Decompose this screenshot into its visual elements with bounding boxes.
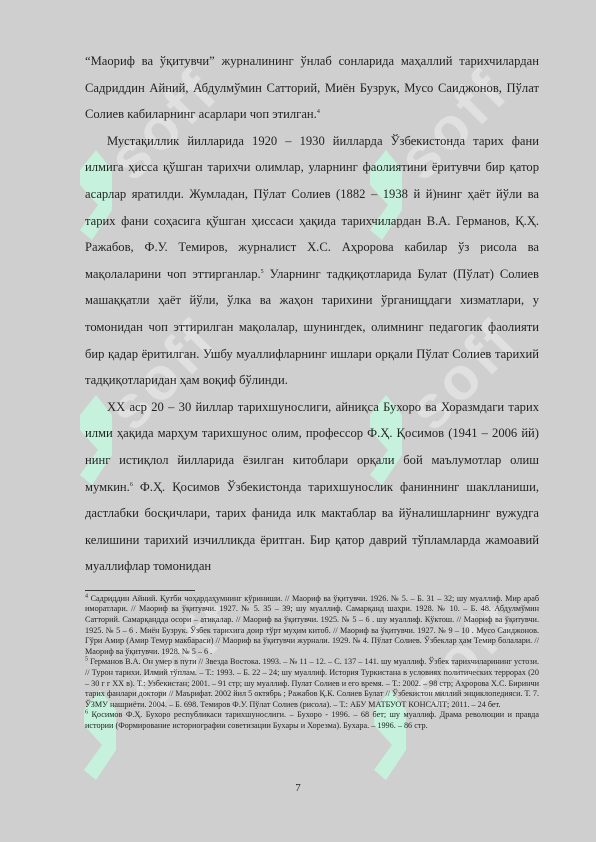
footnote-6: 6 Қосимов Ф.Ҳ. Бухоро республикаси тарих… [85,710,539,731]
paragraph-text: Мустақиллик йилларида 1920 – 1930 йиллар… [85,134,539,281]
footnote-text: Қосимов Ф.Ҳ. Бухоро республикаси тарихшу… [85,710,539,730]
paragraph-text: Уларнинг тадқиқотларида Булат (Пўлат) Со… [85,267,539,387]
paragraph-text: “Маориф ва ўқитувчи” журналининг ўнлаб с… [85,54,539,121]
paragraph-2: Мустақиллик йилларида 1920 – 1930 йиллар… [85,128,539,394]
paragraph-3: XX аср 20 – 30 йиллар тарихшунослиги, ай… [85,394,539,580]
footnote-number: 6 [85,710,88,716]
paragraph-1: “Маориф ва ўқитувчи” журналининг ўнлаб с… [85,48,539,128]
footnote-ref[interactable]: 4 [317,109,320,115]
footnote-number: 4 [85,593,88,599]
paragraph-text: Ф.Ҳ. Қосимов Ўзбекистонда тарихшунослик … [85,480,539,574]
body-text: “Маориф ва ўқитувчи” журналининг ўнлаб с… [85,48,539,580]
footnote-text: Германов В.А. Он умер в пути // Звезда В… [85,657,539,708]
footnote-number: 5 [85,657,88,663]
footnote-text: Садриддин Айний. Қутби чоҳардаҳумнинг кў… [85,594,539,656]
page-number: 7 [0,782,596,794]
footnote-5: 5 Германов В.А. Он умер в пути // Звезда… [85,657,539,710]
document-page: “Маориф ва ўқитувчи” журналининг ўнлаб с… [85,48,539,732]
footnote-separator [85,590,195,591]
footnote-4: 4 Садриддин Айний. Қутби чоҳардаҳумнинг … [85,594,539,658]
footnotes: 4 Садриддин Айний. Қутби чоҳардаҳумнинг … [85,594,539,732]
